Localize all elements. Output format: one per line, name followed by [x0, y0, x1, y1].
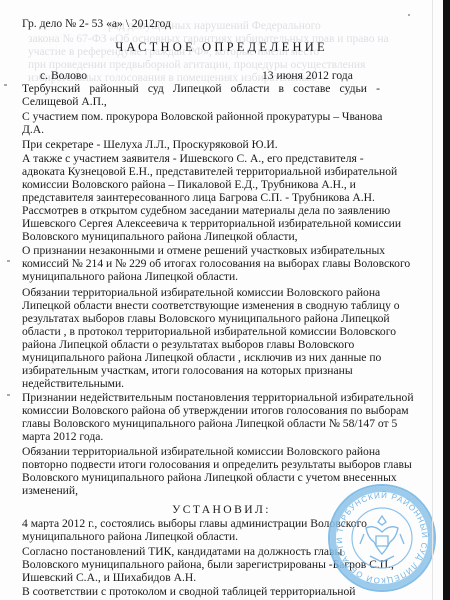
- finding-line: Ишевский С.А., и Шихабидов А.Н.: [22, 571, 196, 584]
- paragraph-line: Тербунский районный суд Липецкой области…: [22, 82, 380, 95]
- paragraph-line: Селищевой А.П.,: [22, 95, 107, 108]
- case-number: Гр. дело № 2- 53 «а» \ 2012год: [22, 17, 171, 30]
- paragraph-line: Обязании территориальной избирательной к…: [22, 286, 380, 299]
- document-page: ряд допущенных нарушений Федерального за…: [0, 0, 443, 600]
- finding-line: муниципального района Липецкой области.: [22, 530, 238, 543]
- scan-speck: [4, 84, 7, 86]
- date: 13 июня 2012 года: [262, 69, 353, 82]
- paragraph-line: района Липецкой области о результатах вы…: [22, 338, 354, 351]
- paragraph-line: комиссии Воловского района об утверждени…: [22, 404, 409, 417]
- paragraph-line: А также с участием заявителя - Ишевского…: [22, 152, 364, 165]
- paragraph-line: Д.А.: [22, 123, 44, 136]
- paragraph-line: Обязании территориальной избирательной к…: [22, 445, 380, 458]
- paragraph-line: недействительными.: [22, 377, 124, 390]
- finding-line: 4 марта 2012 г., состоялись выборы главы…: [22, 517, 367, 530]
- scan-speck: [408, 14, 410, 16]
- paragraph-line: Рассмотрев в открытом судебном заседании…: [22, 204, 390, 217]
- court-stamp: ТЕРБУНСКИЙ РАЙОННЫЙ СУД ЛИПЕЦКОЙ ОБЛАСТИ: [328, 484, 436, 592]
- paragraph-line: Ишевского Сергея Алексеевича к территори…: [22, 217, 401, 230]
- paragraph-line: главы Воловского муниципального района Л…: [22, 417, 397, 430]
- finding-line: В соответствии с протоколом и сводной та…: [22, 585, 356, 598]
- paragraph-line: С участием пом. прокурора Воловской райо…: [22, 110, 382, 123]
- place: с. Волово: [40, 69, 87, 82]
- paragraph-line: результатах выборов главы Воловского мун…: [22, 312, 390, 325]
- scan-border: [443, 0, 450, 600]
- paragraph-line: представителя заинтересованного лица Баг…: [22, 191, 375, 204]
- paragraph-line: избирательным участкам, итоги голосовани…: [22, 364, 353, 377]
- paragraph-line: комиссий № 214 и № 229 об итогах голосов…: [22, 257, 410, 270]
- paragraph-line: Воловского муниципального района Липецко…: [22, 471, 397, 484]
- scan-speck: [7, 394, 10, 396]
- paragraph-line: муниципального района Липецкой области ,…: [22, 351, 381, 364]
- paragraph-line: При секретаре - Шелуха Л.Л., Проскуряков…: [22, 138, 278, 151]
- svg-text:ТЕРБУНСКИЙ РАЙОННЫЙ СУД ЛИПЕЦК: ТЕРБУНСКИЙ РАЙОННЫЙ СУД ЛИПЕЦКОЙ ОБЛАСТИ: [335, 491, 429, 585]
- paragraph-line: муниципального района Липецкой области.: [22, 270, 238, 283]
- document-title: ЧАСТНОЕ ОПРЕДЕЛЕНИЕ: [0, 40, 443, 55]
- paragraph-line: адвоката Кузнецовой Е.Н., представителей…: [22, 165, 397, 178]
- finding-line: Согласно постановлений ТИК, кандидатами …: [22, 545, 342, 558]
- paragraph-line: Воловского муниципального района Липецко…: [22, 230, 298, 243]
- coat-of-arms-icon: ТЕРБУНСКИЙ РАЙОННЫЙ СУД ЛИПЕЦКОЙ ОБЛАСТИ: [330, 486, 434, 590]
- paragraph-line: О признании незаконными и отмене решений…: [22, 244, 385, 257]
- paragraph-line: марта 2012 года.: [22, 430, 103, 443]
- page-edge: [432, 0, 433, 600]
- paragraph-line: изменений,: [22, 484, 78, 497]
- paragraph-line: Признании недействительным постановления…: [22, 391, 414, 404]
- paragraph-line: повторно подвести итоги голосования и оп…: [22, 458, 412, 471]
- scan-speck: [7, 260, 10, 262]
- paragraph-line: Липецкой области внести соответствующие …: [22, 299, 400, 312]
- paragraph-line: комиссии Воловского района – Пикаловой Е…: [22, 178, 356, 191]
- paragraph-line: области , в протокол территориальной изб…: [22, 325, 396, 338]
